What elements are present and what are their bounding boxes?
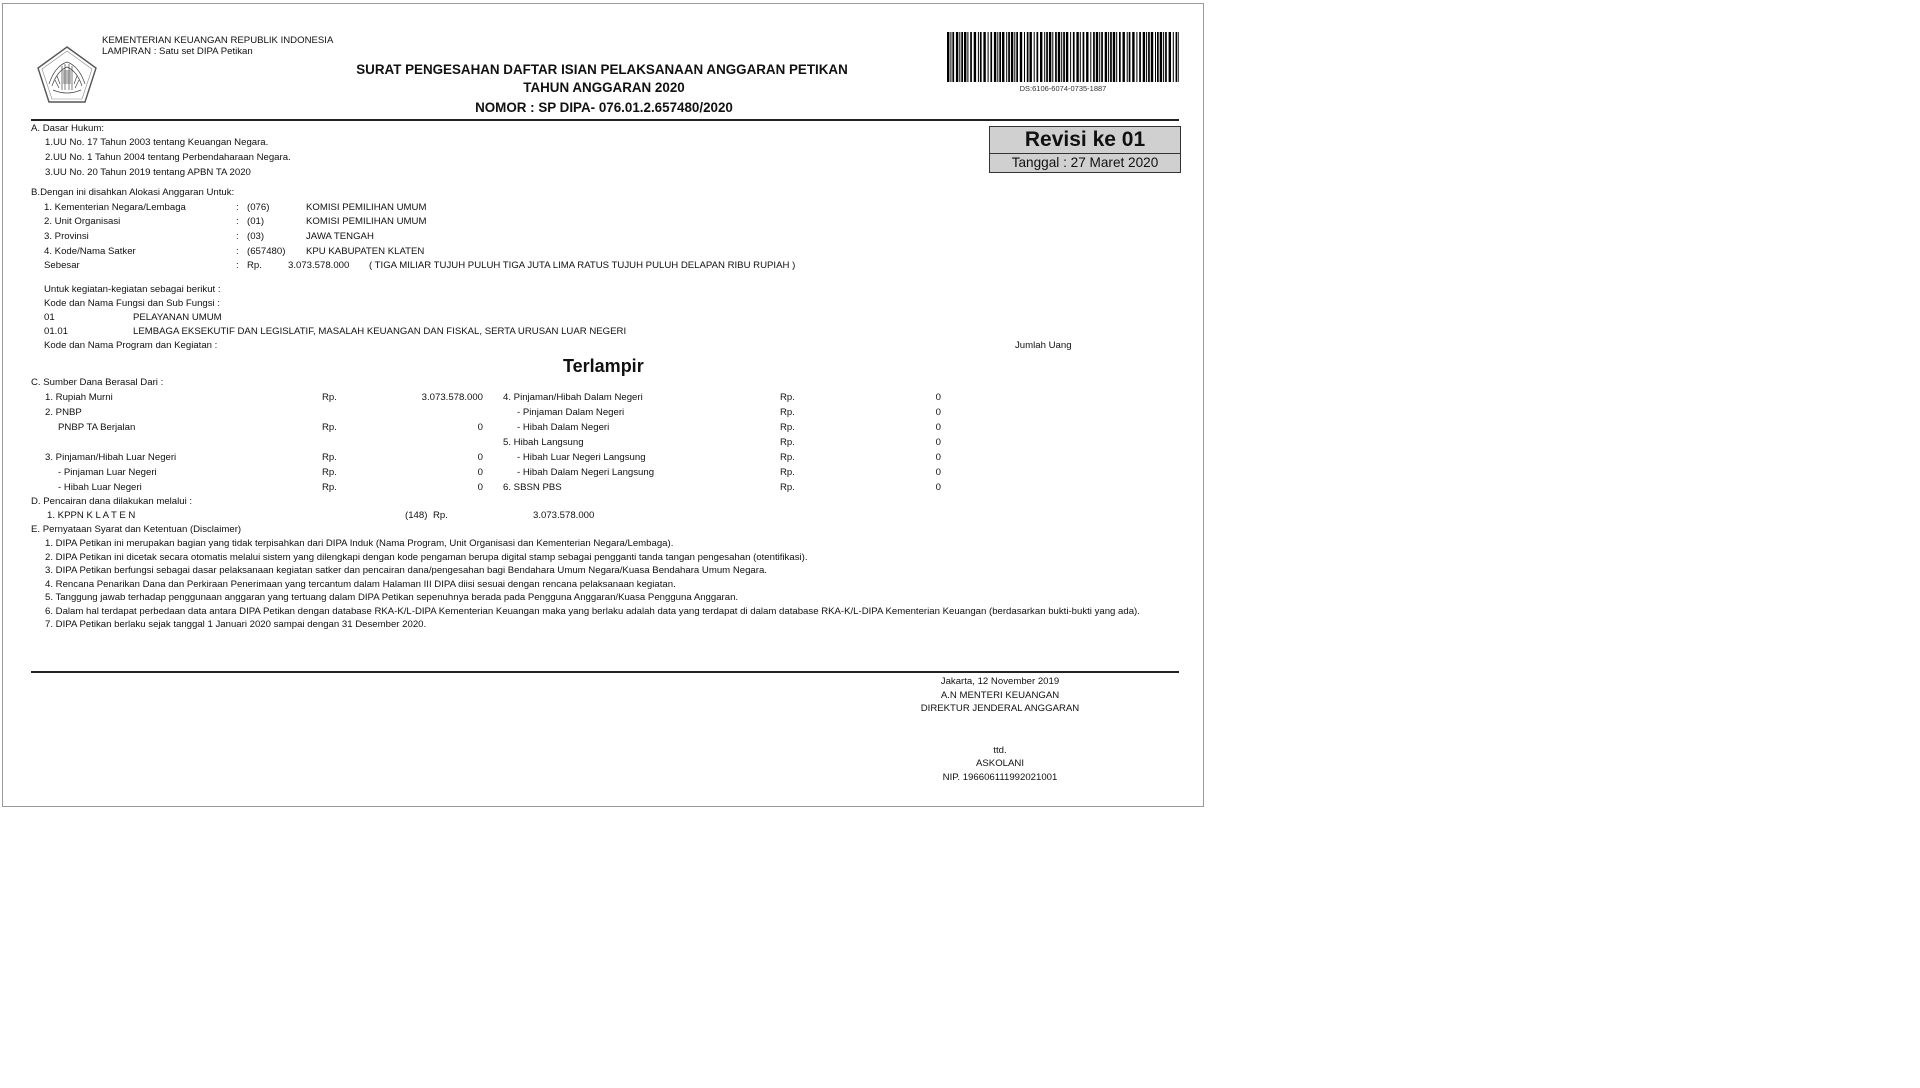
revision-date: Tanggal : 27 Maret 2020 [990, 154, 1180, 172]
signature-on-behalf: A.N MENTERI KEUANGAN [900, 690, 1100, 702]
source-label: 4. Pinjaman/Hibah Dalam Negeri [503, 392, 643, 404]
signature-place-date: Jakarta, 12 November 2019 [900, 676, 1100, 688]
allocation-sep: : [236, 202, 239, 214]
sebesar-label: Sebesar [44, 260, 80, 272]
source-currency: Rp. [780, 437, 795, 449]
allocation-label: 4. Kode/Nama Satker [44, 246, 136, 258]
dasar-hukum-item: 2.UU No. 1 Tahun 2004 tentang Perbendaha… [45, 152, 291, 164]
kppn-code: (148) [405, 510, 427, 522]
source-currency: Rp. [780, 407, 795, 419]
kppn-name: 1. KPPN K L A T E N [47, 510, 135, 522]
subfungsi-name: LEMBAGA EKSEKUTIF DAN LEGISLATIF, MASALA… [133, 326, 626, 338]
terlampir-label: Terlampir [563, 356, 644, 377]
jumlah-uang-label: Jumlah Uang [1015, 340, 1072, 352]
allocation-sep: : [236, 216, 239, 228]
source-currency: Rp. [322, 422, 337, 434]
source-label: - Hibah Luar Negeri [58, 482, 142, 494]
source-label: - Pinjaman Luar Negeri [58, 467, 157, 479]
source-value: 0 [841, 407, 941, 419]
sebesar-sep: : [236, 260, 239, 272]
source-currency: Rp. [780, 452, 795, 464]
fungsi-code: 01 [44, 312, 55, 324]
sebesar-currency: Rp. [247, 260, 262, 272]
revision-box: Revisi ke 01 Tanggal : 27 Maret 2020 [989, 126, 1181, 173]
allocation-name: JAWA TENGAH [306, 231, 374, 243]
source-value: 0 [841, 482, 941, 494]
revision-title: Revisi ke 01 [990, 127, 1180, 154]
source-label: - Hibah Luar Negeri Langsung [517, 452, 646, 464]
source-label: - Hibah Dalam Negeri [517, 422, 609, 434]
source-value: 0 [841, 467, 941, 479]
allocation-sep: : [236, 231, 239, 243]
program-title: Kode dan Nama Program dan Kegiatan : [44, 340, 217, 352]
header-rule [31, 119, 1179, 121]
allocation-name: KOMISI PEMILIHAN UMUM [306, 216, 426, 228]
sebesar-amount: 3.073.578.000 [288, 260, 349, 272]
source-label: 2. PNBP [45, 407, 82, 419]
allocation-name: KOMISI PEMILIHAN UMUM [306, 202, 426, 214]
lampiran-label: LAMPIRAN : Satu set DIPA Petikan [102, 46, 253, 58]
source-label: 1. Rupiah Murni [45, 392, 113, 404]
source-value: 0 [383, 467, 483, 479]
source-currency: Rp. [322, 452, 337, 464]
signature-name: ASKOLANI [900, 758, 1100, 770]
disclaimer-item: 3. DIPA Petikan berfungsi sebagai dasar … [45, 565, 767, 577]
allocation-code: (01) [247, 216, 264, 228]
subfungsi-code: 01.01 [44, 326, 68, 338]
allocation-label: 1. Kementerian Negara/Lembaga [44, 202, 186, 214]
source-label: 6. SBSN PBS [503, 482, 562, 494]
source-currency: Rp. [322, 467, 337, 479]
allocation-code: (657480) [247, 246, 285, 258]
source-value: 3.073.578.000 [383, 392, 483, 404]
source-currency: Rp. [780, 467, 795, 479]
disclaimer-item: 1. DIPA Petikan ini merupakan bagian yan… [45, 538, 673, 550]
allocation-label: 3. Provinsi [44, 231, 89, 243]
source-label: PNBP TA Berjalan [58, 422, 135, 434]
signature-ttd: ttd. [900, 745, 1100, 757]
source-currency: Rp. [780, 422, 795, 434]
document-page: KEMENTERIAN KEUANGAN REPUBLIK INDONESIA … [2, 3, 1204, 807]
dasar-hukum-item: 3.UU No. 20 Tahun 2019 tentang APBN TA 2… [45, 167, 251, 179]
section-e-title: E. Pernyataan Syarat dan Ketentuan (Disc… [31, 524, 241, 536]
signature-position: DIREKTUR JENDERAL ANGGARAN [900, 703, 1100, 715]
kegiatan-intro: Untuk kegiatan-kegiatan sebagai berikut … [44, 284, 221, 296]
fungsi-name: PELAYANAN UMUM [133, 312, 222, 324]
allocation-code: (076) [247, 202, 269, 214]
source-currency: Rp. [322, 482, 337, 494]
footer-rule [31, 671, 1179, 673]
signature-nip: NIP. 196606111992021001 [900, 772, 1100, 784]
section-b-title: B.Dengan ini disahkan Alokasi Anggaran U… [31, 187, 234, 199]
allocation-sep: : [236, 246, 239, 258]
source-currency: Rp. [322, 392, 337, 404]
allocation-code: (03) [247, 231, 264, 243]
kppn-amount: 3.073.578.000 [533, 510, 594, 522]
barcode-code: DS:6106-6074-0735-1887 [947, 84, 1179, 93]
barcode-icon [947, 32, 1179, 82]
kppn-currency: Rp. [433, 510, 448, 522]
source-value: 0 [841, 392, 941, 404]
section-d-title: D. Pencairan dana dilakukan melalui : [31, 496, 192, 508]
dasar-hukum-item: 1.UU No. 17 Tahun 2003 tentang Keuangan … [45, 137, 268, 149]
source-value: 0 [841, 452, 941, 464]
source-label: 3. Pinjaman/Hibah Luar Negeri [45, 452, 176, 464]
disclaimer-item: 4. Rencana Penarikan Dana dan Perkiraan … [45, 579, 676, 591]
source-currency: Rp. [780, 482, 795, 494]
source-label: - Hibah Dalam Negeri Langsung [517, 467, 654, 479]
source-currency: Rp. [780, 392, 795, 404]
source-label: 5. Hibah Langsung [503, 437, 584, 449]
disclaimer-item: 5. Tanggung jawab terhadap penggunaan an… [45, 592, 738, 604]
fungsi-title: Kode dan Nama Fungsi dan Sub Fungsi : [44, 298, 220, 310]
sebesar-words: ( TIGA MILIAR TUJUH PULUH TIGA JUTA LIMA… [369, 260, 795, 272]
source-value: 0 [383, 452, 483, 464]
source-value: 0 [841, 422, 941, 434]
section-c-title: C. Sumber Dana Berasal Dari : [31, 377, 163, 389]
allocation-name: KPU KABUPATEN KLATEN [306, 246, 424, 258]
source-value: 0 [383, 422, 483, 434]
allocation-label: 2. Unit Organisasi [44, 216, 120, 228]
disclaimer-item: 2. DIPA Petikan ini dicetak secara otoma… [45, 552, 807, 564]
nomor-label: NOMOR : SP DIPA- 076.01.2.657480/2020 [3, 100, 1205, 115]
source-value: 0 [841, 437, 941, 449]
disclaimer-item: 7. DIPA Petikan berlaku sejak tanggal 1 … [45, 619, 426, 631]
disclaimer-item: 6. Dalam hal terdapat perbedaan data ant… [45, 606, 1140, 618]
source-label: - Pinjaman Dalam Negeri [517, 407, 624, 419]
source-value: 0 [383, 482, 483, 494]
section-a-title: A. Dasar Hukum: [31, 123, 104, 135]
